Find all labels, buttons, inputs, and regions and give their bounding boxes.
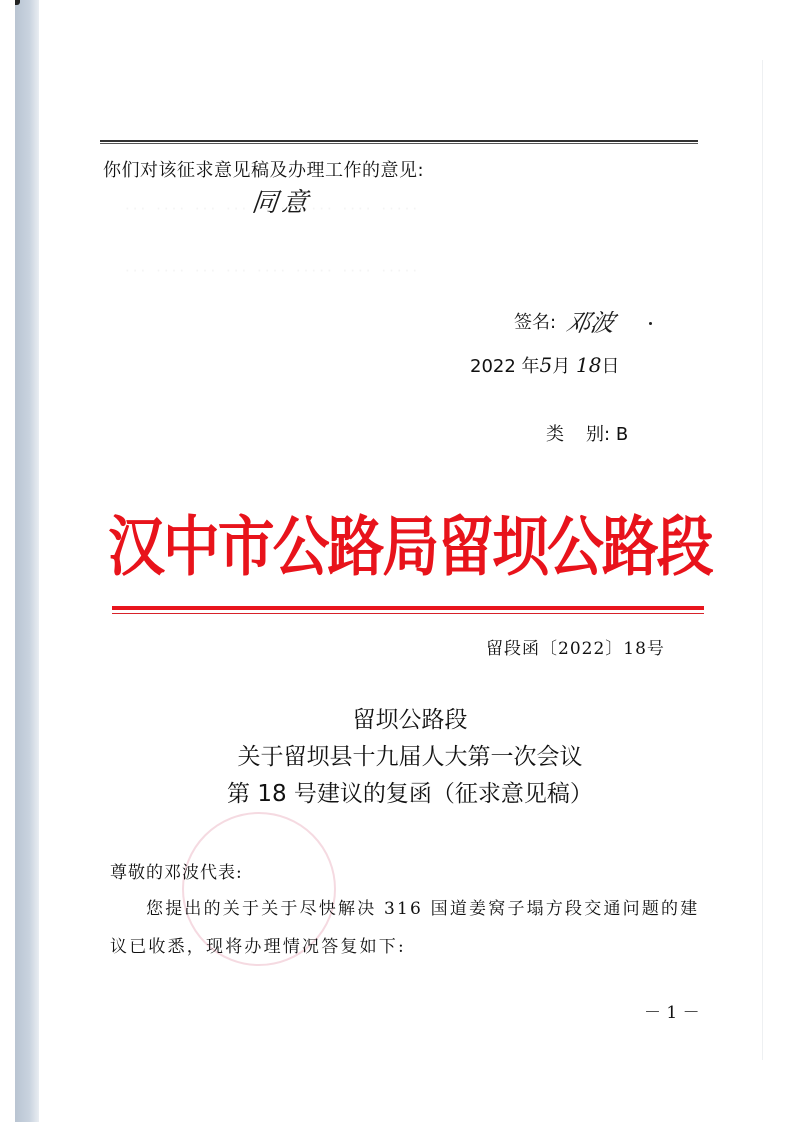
letterhead-red-rule — [112, 606, 704, 614]
signature-label: 签名: — [514, 308, 556, 334]
bleed-through-text: ··· ···· ··· ··· ···· ····· ···· ····· — [125, 262, 420, 280]
page-number: － 1 － — [644, 998, 700, 1023]
category-label-part2: 别: — [586, 424, 610, 445]
document-title: 留坝公路段 关于留坝县十九届人大第一次会议 第 18 号建议的复函（征求意见稿） — [150, 702, 670, 813]
salutation: 尊敬的邓波代表: — [110, 858, 243, 883]
title-line-3: 第 18 号建议的复函（征求意见稿） — [150, 776, 670, 813]
scan-edge-shadow — [15, 0, 39, 1122]
category-label-part1: 类 — [546, 424, 564, 445]
signature-period-mark — [649, 322, 652, 325]
letterhead-organization: 汉中市公路局留坝公路段 — [108, 494, 696, 588]
document-number: 留段函〔2022〕18号 — [486, 634, 665, 659]
category-value: B — [616, 424, 628, 445]
title-line-1: 留坝公路段 — [150, 702, 670, 739]
top-divider — [100, 140, 698, 145]
date-month-suffix: 月 — [552, 356, 570, 377]
opinion-label: 你们对该征求意见稿及办理工作的意见: — [103, 156, 424, 182]
date-year: 2022 — [470, 356, 516, 377]
body-text: 您提出的关于关于尽快解决 316 国道姜窝子塌方段交通问题的建议已收悉，现将办理… — [110, 890, 715, 966]
category-field: 类别: B — [546, 420, 628, 446]
body-paragraph: 您提出的关于关于尽快解决 316 国道姜窝子塌方段交通问题的建议已收悉，现将办理… — [110, 890, 715, 966]
signature-handwritten-value: 邓波 — [564, 303, 618, 338]
date-year-suffix: 年 — [522, 356, 540, 377]
date-month-handwritten: 5 — [540, 353, 553, 377]
date-day-suffix: 日 — [601, 356, 619, 377]
opinion-handwritten-value: 同意 — [250, 182, 314, 219]
scan-edge-line — [762, 60, 763, 1060]
date-day-handwritten: 18 — [576, 353, 601, 377]
signature-date: 2022 年5月 18日 — [470, 352, 619, 378]
title-line-2: 关于留坝县十九届人大第一次会议 — [150, 739, 670, 776]
